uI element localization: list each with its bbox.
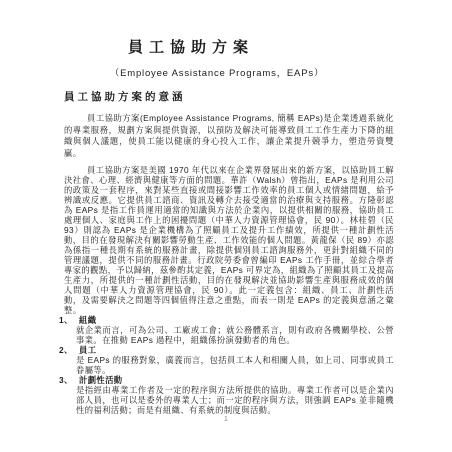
list-item-employees: 2、員工 是 EAPs 的服務對象，廣義而言，包括員工本人和相關人員，如上司、同… [59, 345, 394, 375]
list-item-organization: 1、組織 就企業而言，可為公司、工廠或工會；就公務體系言，則有政府各機關學校、公… [59, 315, 394, 345]
list-item-body: 是指經由專業工作者及一定的程序與方法所提供的協助。專業工作者可以是企業內部人員，… [76, 385, 394, 415]
list-item-number: 1、 [59, 315, 79, 325]
list-item-heading-row: 1、組織 [59, 315, 394, 325]
page-title: 員工協助方案 [26, 36, 356, 57]
list-item-planned-activities: 3、計劃性活動 是指經由專業工作者及一定的程序與方法所提供的協助。專業工作者可以… [59, 375, 394, 415]
list-item-heading: 計劃性活動 [79, 375, 123, 385]
section-heading: 員工協助方案的意涵 [64, 89, 394, 104]
page-subtitle: （Employee Assistance Programs，EAPs） [52, 65, 382, 79]
document-page: 員工協助方案 （Employee Assistance Programs，EAP… [0, 0, 452, 452]
list-item-heading: 組織 [79, 315, 96, 325]
definition-points-list: 1、組織 就企業而言，可為公司、工廠或工會；就公務體系言，則有政府各機關學校、公… [59, 315, 394, 415]
list-item-number: 3、 [59, 375, 79, 385]
paragraph-definitions: 員工協助方案是美國 1970 年代以來在企業界發展出來的新方案，以協助員工解決社… [64, 165, 394, 315]
list-item-heading-row: 2、員工 [59, 345, 394, 355]
list-item-body: 是 EAPs 的服務對象，廣義而言，包括員工本人和相關人員，如上司、同事或員工眷… [76, 355, 394, 375]
list-item-body: 就企業而言，可為公司、工廠或工會；就公務體系言，則有政府各機關學校、公營事業。在… [76, 325, 394, 345]
list-item-heading-row: 3、計劃性活動 [59, 375, 394, 385]
page-number: 1 [0, 416, 452, 423]
list-item-heading: 員工 [79, 345, 96, 355]
list-item-number: 2、 [59, 345, 79, 355]
paragraph-intro: 員工協助方案(Employee Assistance Programs, 簡稱 … [64, 113, 394, 159]
